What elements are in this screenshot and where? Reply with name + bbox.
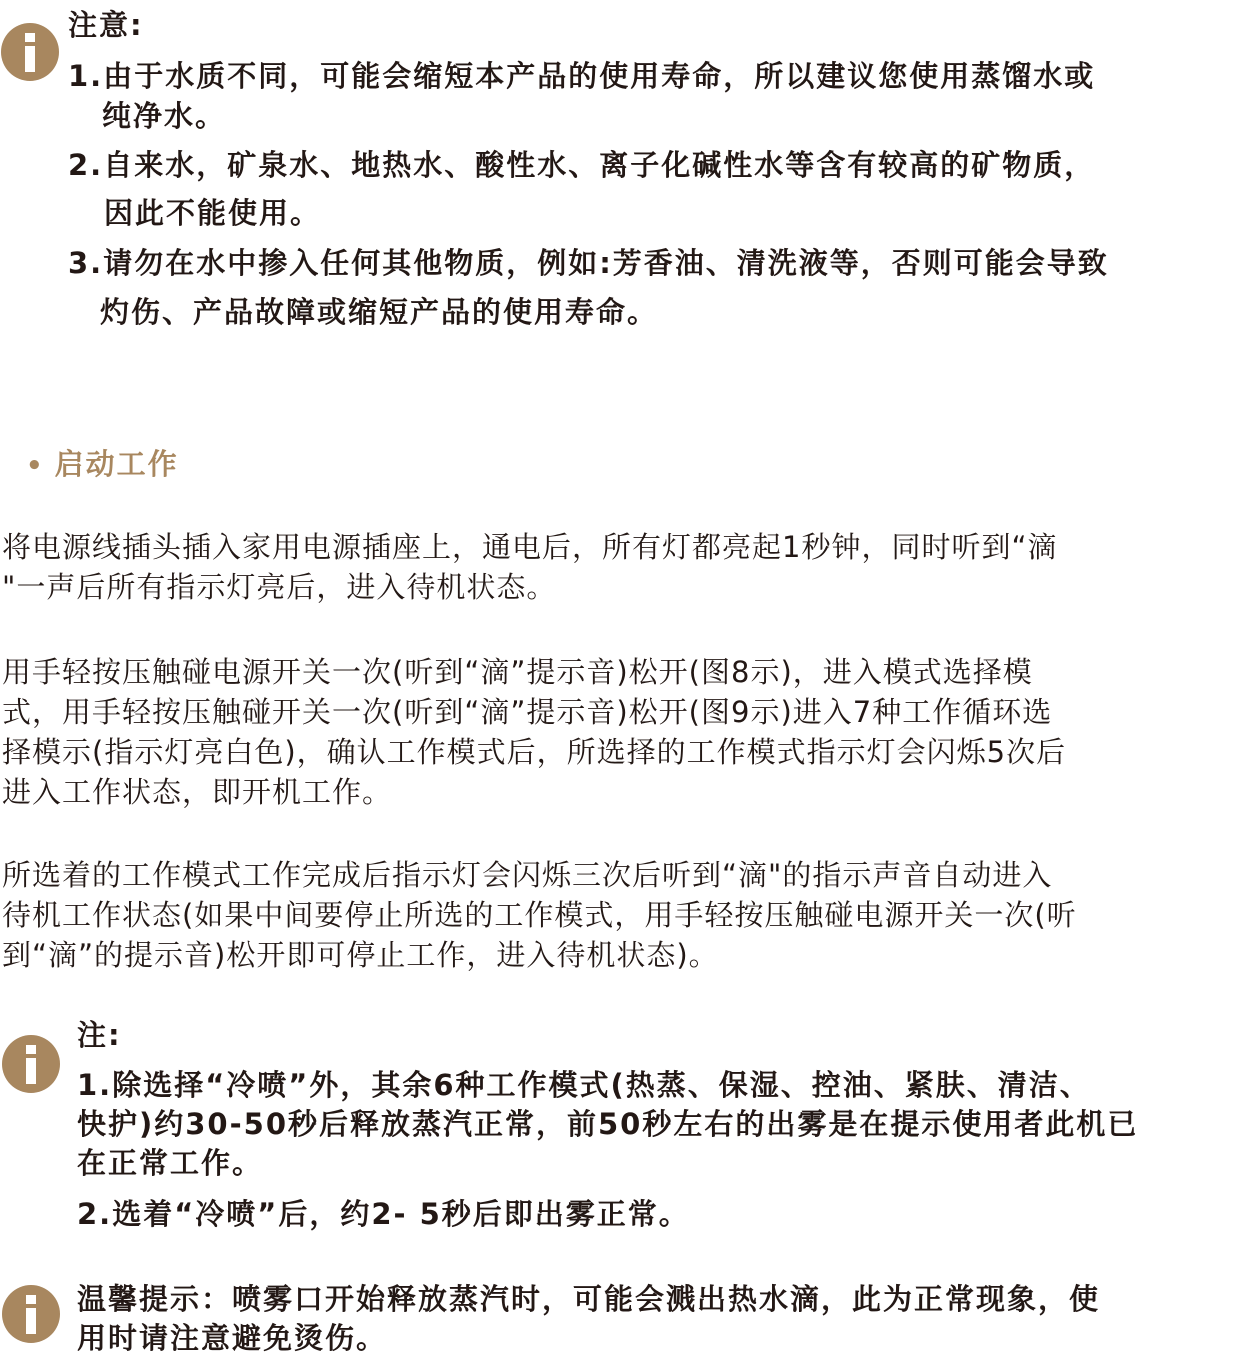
note-title: 注: bbox=[77, 1015, 122, 1055]
paragraph-work-complete: 所选着的工作模式工作完成后指示灯会闪烁三次后听到“滴"的指示声音自动进入 待机工… bbox=[2, 855, 1252, 975]
paragraph-line: 将电源线插头插入家用电源插座上，通电后，所有灯都亮起1秒钟，同时听到“滴 bbox=[2, 527, 1252, 567]
paragraph-power-on: 将电源线插头插入家用电源插座上，通电后，所有灯都亮起1秒钟，同时听到“滴 "一声… bbox=[2, 527, 1252, 607]
paragraph-line: 进入工作状态，即开机工作。 bbox=[2, 772, 1252, 812]
note-item-1-line-1: 1.除选择“冷喷”外，其余6种工作模式(热蒸、保湿、控油、紧肤、清洁、 bbox=[77, 1065, 1091, 1105]
paragraph-line: 待机工作状态(如果中间要停止所选的工作模式，用手轻按压触碰电源开关一次(听 bbox=[2, 895, 1252, 935]
paragraph-mode-select: 用手轻按压触碰电源开关一次(听到“滴”提示音)松开(图8示)，进入模式选择模 式… bbox=[2, 652, 1252, 812]
bullet-icon: • bbox=[26, 451, 45, 481]
note-item-1-line-2: 快护)约30-50秒后释放蒸汽正常，前50秒左右的出雾是在提示使用者此机已 bbox=[77, 1104, 1138, 1144]
notice-item-2-line-2: 因此不能使用。 bbox=[104, 193, 321, 233]
notice-item-3-line-2: 灼伤、产品故障或缩短产品的使用寿命。 bbox=[100, 292, 658, 332]
notice-title: 注意: bbox=[68, 5, 144, 45]
paragraph-line: 择模示(指示灯亮白色)，确认工作模式后，所选择的工作模式指示灯会闪烁5次后 bbox=[2, 732, 1252, 772]
info-icon-dot bbox=[26, 1295, 36, 1304]
notice-item-2-line-1: 2.自来水，矿泉水、地热水、酸性水、离子化碱性水等含有较高的矿物质， bbox=[68, 145, 1095, 185]
paragraph-line: 用手轻按压触碰电源开关一次(听到“滴”提示音)松开(图8示)，进入模式选择模 bbox=[2, 652, 1252, 692]
info-icon bbox=[2, 1285, 60, 1343]
warm-tip-line-1: 温馨提示：喷雾口开始释放蒸汽时，可能会溅出热水滴，此为正常现象，使 bbox=[77, 1279, 1100, 1319]
info-icon-stem bbox=[26, 1308, 36, 1334]
info-icon-stem bbox=[25, 46, 35, 72]
warm-tip-line-2: 用时请注意避免烫伤。 bbox=[77, 1318, 387, 1358]
section-title-text: 启动工作 bbox=[55, 447, 179, 481]
paragraph-line: 式，用手轻按压触碰开关一次(听到“滴”提示音)松开(图9示)进入7种工作循环选 bbox=[2, 692, 1252, 732]
notice-item-1-line-2: 纯净水。 bbox=[102, 96, 226, 136]
info-icon-stem bbox=[26, 1058, 36, 1084]
section-heading: •启动工作 bbox=[26, 442, 179, 483]
notice-item-1-line-1: 1.由于水质不同，可能会缩短本产品的使用寿命，所以建议您使用蒸馏水或 bbox=[68, 56, 1095, 96]
info-icon-dot bbox=[25, 33, 35, 42]
info-icon bbox=[2, 1035, 60, 1093]
notice-item-3-line-1: 3.请勿在水中掺入任何其他物质，例如:芳香油、清洗液等，否则可能会导致 bbox=[68, 243, 1109, 283]
info-icon bbox=[1, 23, 59, 81]
paragraph-line: 到“滴”的提示音)松开即可停止工作，进入待机状态)。 bbox=[2, 935, 1252, 975]
note-item-2-line-1: 2.选着“冷喷”后，约2- 5秒后即出雾正常。 bbox=[77, 1194, 690, 1234]
paragraph-line: 所选着的工作模式工作完成后指示灯会闪烁三次后听到“滴"的指示声音自动进入 bbox=[2, 855, 1252, 895]
info-icon-dot bbox=[26, 1045, 36, 1054]
paragraph-line: "一声后所有指示灯亮后，进入待机状态。 bbox=[2, 567, 1252, 607]
note-item-1-line-3: 在正常工作。 bbox=[77, 1143, 263, 1183]
